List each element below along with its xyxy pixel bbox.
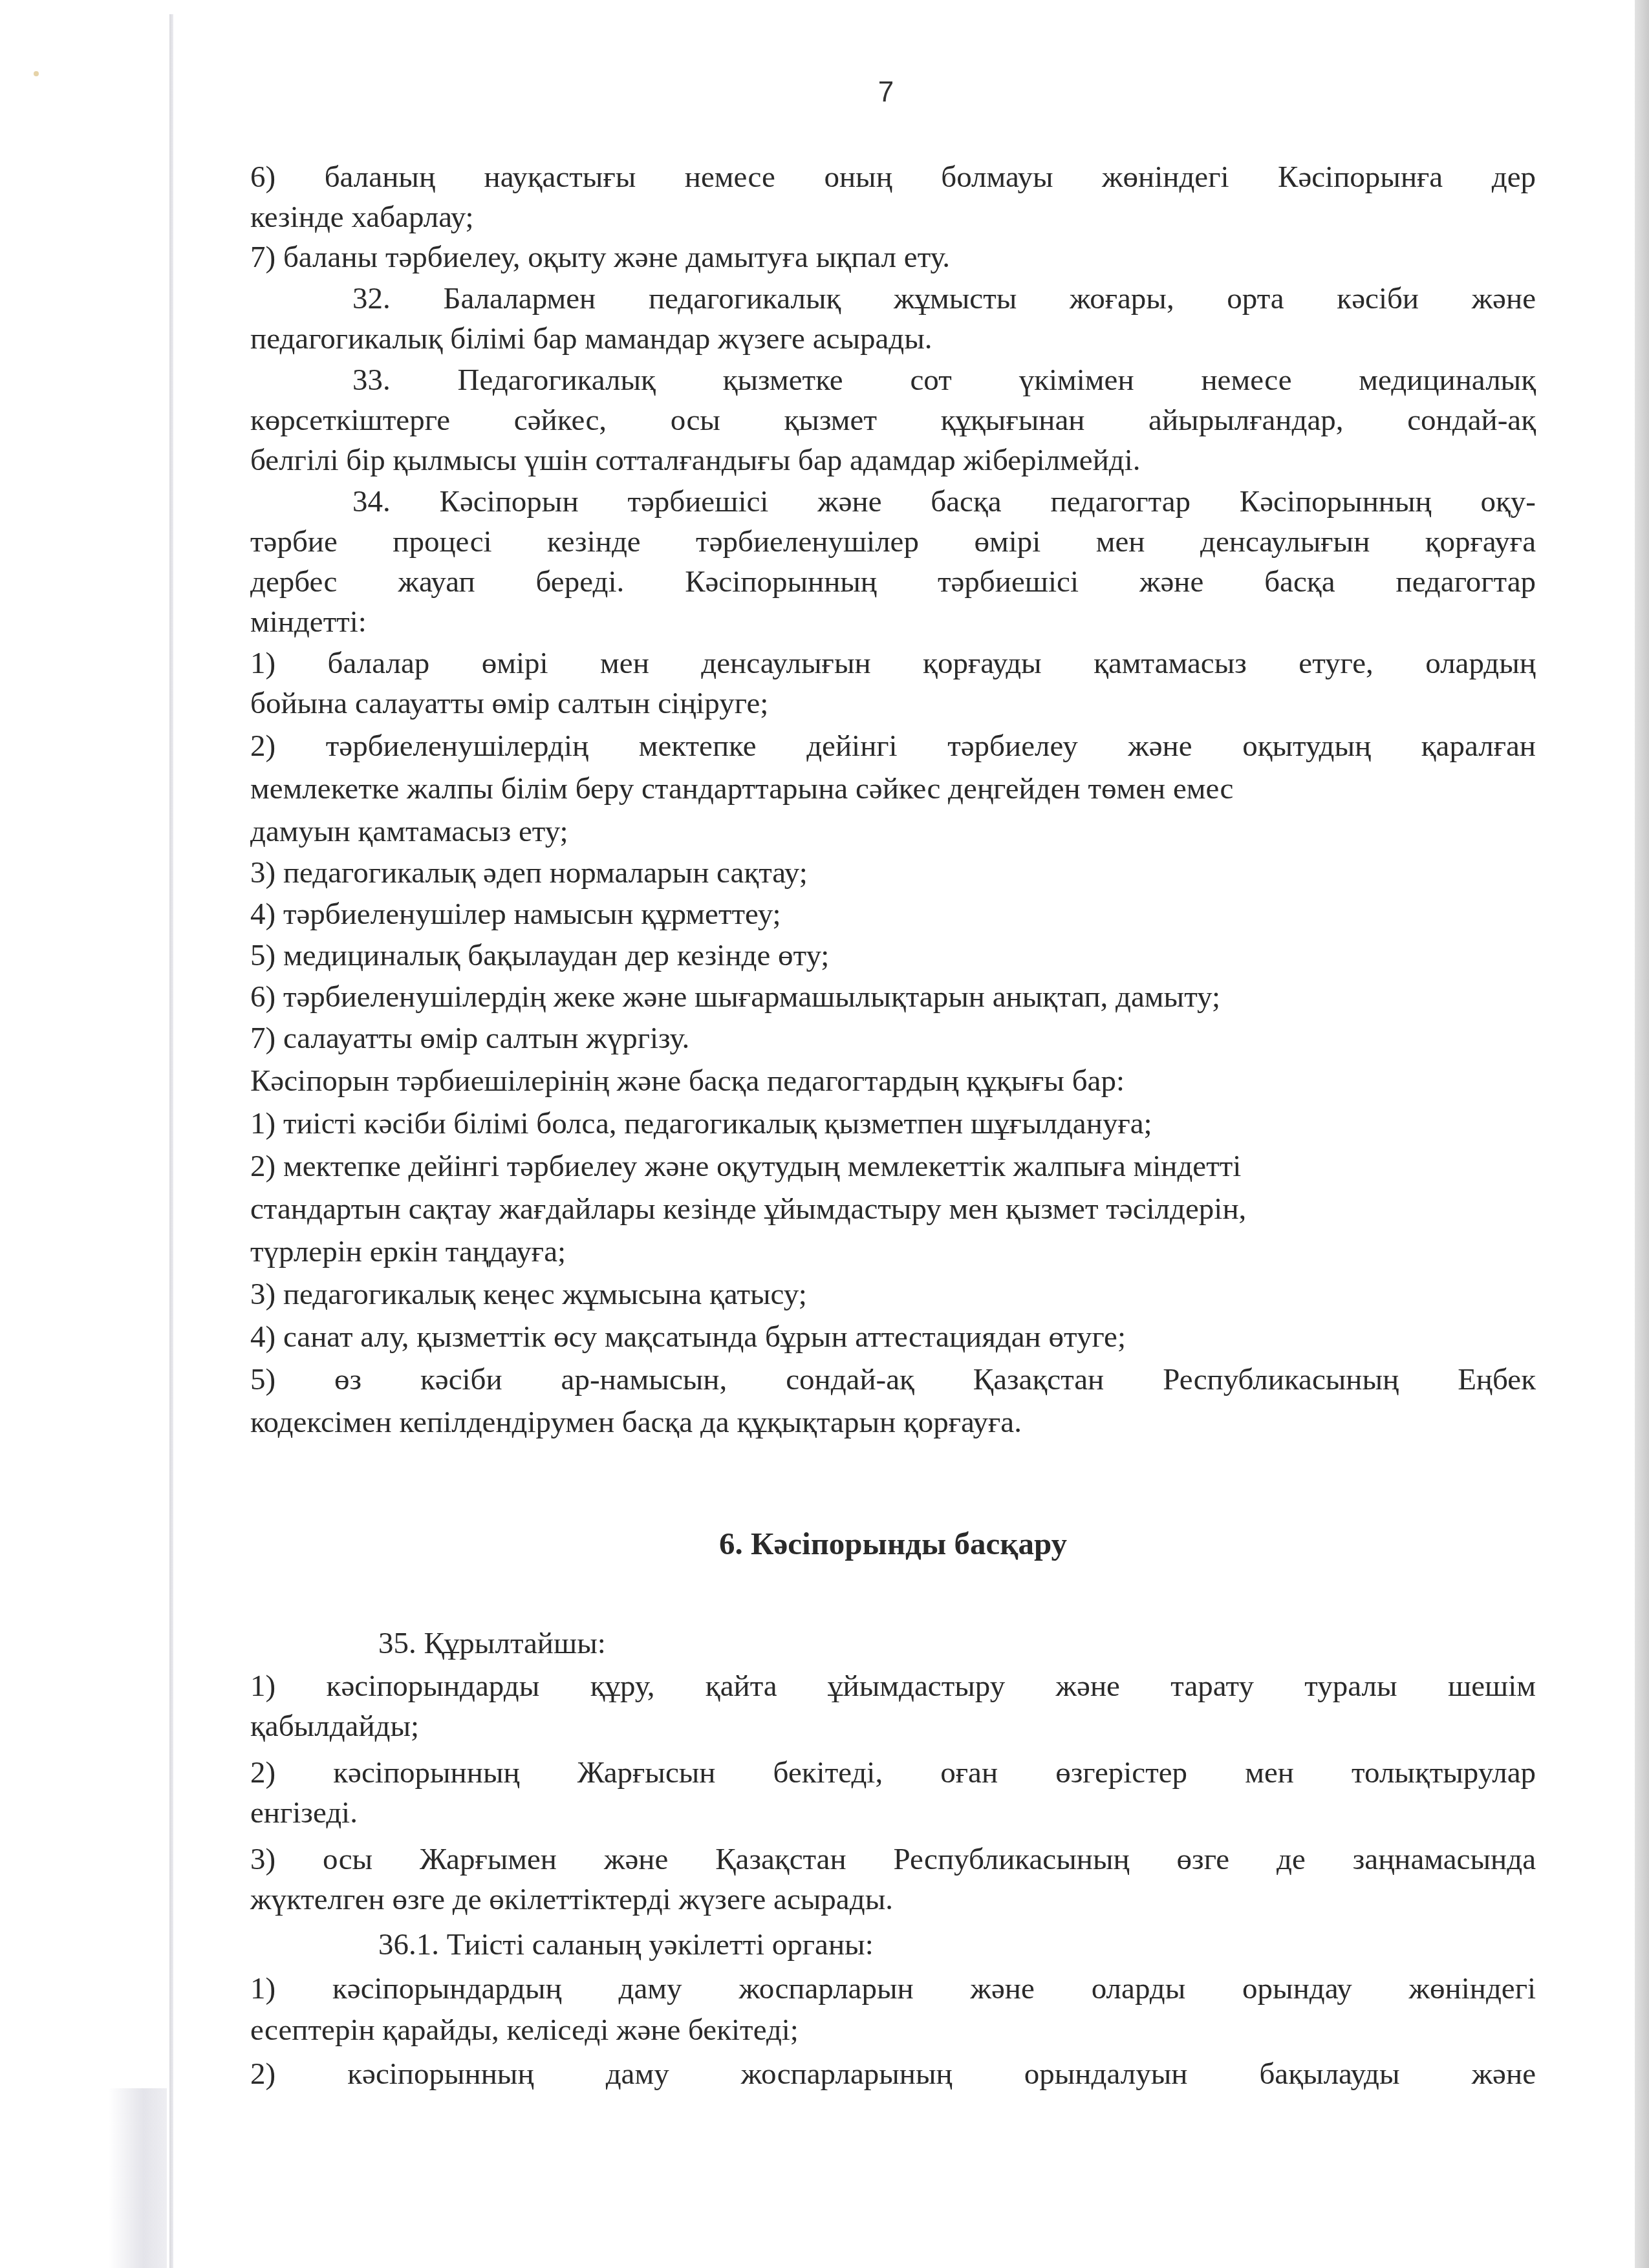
clause-35: 35. Құрылтайшы: [378,1624,1536,1663]
scan-speck [34,71,39,76]
text-line: белгілі бір қылмысы үшін сотталғандығы б… [250,441,1536,480]
list-item: 1) кәсіпорындардың даму жоспарларын және… [250,1969,1536,2008]
text-line: 6) баланың науқастығы немесе оның болмау… [250,158,1536,197]
text-line: тәрбие процесі кезінде тәрбиеленушілер ө… [250,522,1536,561]
text-line: түрлерін еркін таңдауға; [250,1232,1536,1271]
text-line: дербес жауап береді. Кәсіпорынның тәрбие… [250,562,1536,601]
rights-intro: Кәсіпорын тәрбиешілерінің және басқа пед… [250,1062,1536,1100]
list-item: 5) медициналық бақылаудан дер кезінде өт… [250,936,1536,975]
text-line: кезінде хабарлау; [250,198,1536,237]
text-line: міндетті: [250,603,1536,641]
list-item: 2) тәрбиеленушілердің мектепке дейінгі т… [250,727,1536,765]
text-line: педагогикалық білімі бар мамандар жүзеге… [250,319,1536,358]
text-line: стандартын сақтау жағдайлары кезінде ұйы… [250,1190,1536,1228]
list-item: 7) салауатты өмір салтын жүргізу. [250,1019,1536,1058]
page-number: 7 [0,76,1649,109]
scan-left-shadow [109,2088,167,2268]
list-item: 1) кәсіпорындарды құру, қайта ұйымдастыр… [250,1667,1536,1706]
list-item: 2) кәсіпорынның Жарғысын бекітеді, оған … [250,1753,1536,1792]
text-line: дамуын қамтамасыз ету; [250,812,1536,851]
list-item: 3) педагогикалық кеңес жұмысына қатысу; [250,1275,1536,1314]
section-heading: 6. Кәсіпорынды басқару [250,1524,1536,1563]
list-item: 1) тиісті кәсіби білімі болса, педагогик… [250,1104,1536,1143]
text-line: мемлекетке жалпы білім беру стандарттары… [250,769,1536,808]
text-line: 7) баланы тәрбиелеу, оқыту және дамытуға… [250,238,1536,277]
clause-34: 34. Кәсіпорын тәрбиешісі және басқа педа… [352,482,1536,521]
list-item: 3) педагогикалық әдеп нормаларын сақтау; [250,853,1536,892]
list-item: 4) санат алу, қызметтік өсу мақсатында б… [250,1318,1536,1356]
text-line: көрсеткіштерге сәйкес, осы қызмет құқығы… [250,401,1536,440]
text-line: бойына салауатты өмір салтын сіңіруге; [250,684,1536,723]
scan-left-edge [169,14,173,2268]
text-line: қабылдайды; [250,1707,1536,1746]
list-item: 3) осы Жарғымен және Қазақстан Республик… [250,1840,1536,1879]
list-item: 4) тәрбиеленушілер намысын құрметтеу; [250,895,1536,934]
list-item: 2) кәсіпорынның даму жоспарларының орынд… [250,2055,1536,2093]
text-line: жүктелген өзге де өкілеттіктерді жүзеге … [250,1880,1536,1919]
list-item: 5) өз кәсіби ар-намысын, сондай-ақ Қазақ… [250,1360,1536,1399]
text-line: кодексімен кепілдендірумен басқа да құқы… [250,1403,1536,1442]
text-line: енгізеді. [250,1793,1536,1832]
clause-32: 32. Балалармен педагогикалық жұмысты жоғ… [352,279,1536,318]
list-item: 1) балалар өмірі мен денсаулығын қорғауд… [250,644,1536,683]
clause-36-1: 36.1. Тиісті саланың уәкілетті органы: [378,1925,1536,1964]
scan-right-edge [1635,0,1649,2268]
list-item: 2) мектепке дейінгі тәрбиелеу және оқуту… [250,1147,1536,1186]
list-item: 6) тәрбиеленушілердің жеке және шығармаш… [250,978,1536,1016]
clause-33: 33. Педагогикалық қызметке сот үкімімен … [352,361,1536,400]
text-line: есептерін қарайды, келіседі және бекітед… [250,2011,1536,2049]
